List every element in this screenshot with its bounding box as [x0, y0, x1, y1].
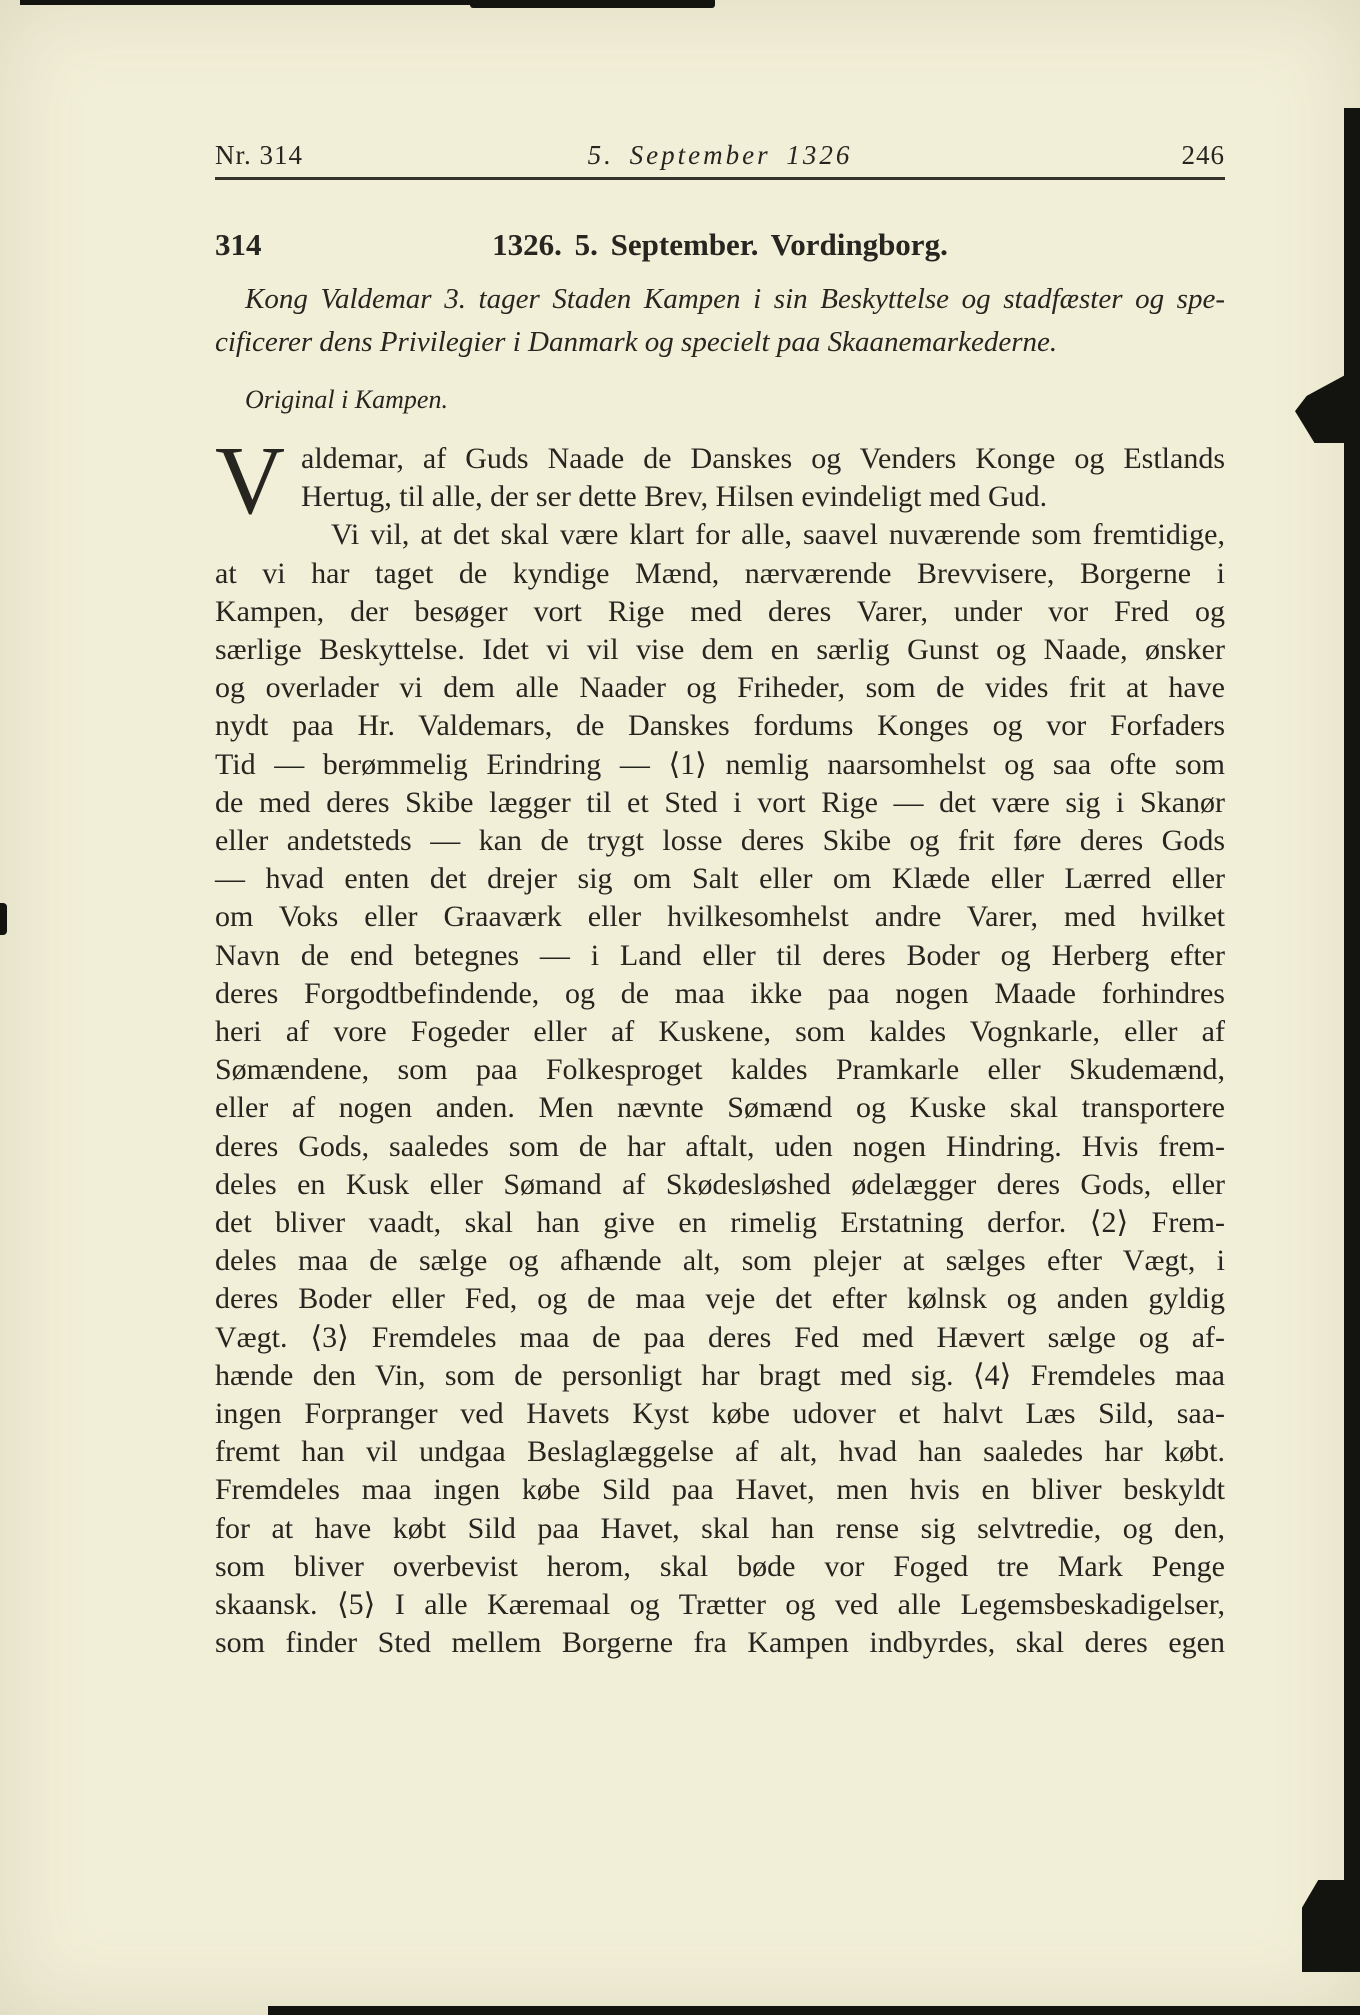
book-page: Nr. 314 5. September 1326 246 314 1326. …	[0, 0, 1360, 2015]
body-line: skaansk. ⟨5⟩ I alle Kæremaal og Trætter …	[215, 1586, 1225, 1624]
body-line: og overlader vi dem alle Naader og Frihe…	[215, 669, 1225, 707]
body-line: deles maa de sælge og afhænde alt, som p…	[215, 1242, 1225, 1280]
running-header: Nr. 314 5. September 1326 246	[215, 140, 1225, 171]
header-rule	[215, 177, 1225, 180]
body-line: fremt han vil undgaa Beslaglæggelse af a…	[215, 1433, 1225, 1471]
entry-heading: 314 1326. 5. September. Vordingborg.	[215, 227, 1225, 263]
header-date: 5. September 1326	[215, 140, 1225, 171]
entry-number: 314	[215, 227, 262, 263]
body-line: Sømændene, som paa Folkesproget kaldes P…	[215, 1051, 1225, 1089]
body-line: eller andetsteds — kan de trygt losse de…	[215, 822, 1225, 860]
body-line: eller af nogen anden. Men nævnte Sømænd …	[215, 1089, 1225, 1127]
body-line: Kampen, der besøger vort Rige med deres …	[215, 593, 1225, 631]
drop-cap-initial: V	[215, 442, 301, 520]
body-line: — hvad enten det drejer sig om Salt elle…	[215, 860, 1225, 898]
scan-artifact-left-mark	[0, 903, 7, 935]
body-line: nydt paa Hr. Valdemars, de Danskes fordu…	[215, 707, 1225, 745]
body-line: at vi har taget de kyndige Mænd, nærvære…	[215, 555, 1225, 593]
body-line: som bliver overbevist herom, skal bøde v…	[215, 1548, 1225, 1586]
body-line: Fremdeles maa ingen købe Sild paa Havet,…	[215, 1471, 1225, 1509]
body-text: V aldemar, af Guds Naade de Danskes og V…	[215, 440, 1225, 1663]
body-line: Vægt. ⟨3⟩ Fremdeles maa de paa deres Fed…	[215, 1319, 1225, 1357]
body-line: de med deres Skibe lægger til et Sted i …	[215, 784, 1225, 822]
summary-line: cificerer dens Privilegier i Danmark og …	[215, 321, 1225, 364]
body-line: aldemar, af Guds Naade de Danskes og Ven…	[215, 440, 1225, 478]
entry-summary: Kong Valdemar 3. tager Staden Kampen i s…	[215, 278, 1225, 364]
body-line: Hertug, til alle, der ser dette Brev, Hi…	[215, 478, 1225, 516]
body-line: Navn de end betegnes — i Land eller til …	[215, 937, 1225, 975]
body-line: deles en Kusk eller Sømand af Skødesløsh…	[215, 1166, 1225, 1204]
body-line: ingen Forpranger ved Havets Kyst købe ud…	[215, 1395, 1225, 1433]
body-line: som finder Sted mellem Borgerne fra Kamp…	[215, 1624, 1225, 1662]
summary-line: Kong Valdemar 3. tager Staden Kampen i s…	[215, 278, 1225, 321]
body-line: deres Gods, saaledes som de har aftalt, …	[215, 1128, 1225, 1166]
scan-artifact-bottom-edge	[268, 2006, 1360, 2015]
body-line: for at have købt Sild paa Havet, skal ha…	[215, 1510, 1225, 1548]
body-line: det bliver vaadt, skal han give en rimel…	[215, 1204, 1225, 1242]
body-line: særlige Beskyttelse. Idet vi vil vise de…	[215, 631, 1225, 669]
source-note: Original i Kampen.	[215, 385, 1225, 415]
body-line: heri af vore Fogeder eller af Kuskene, s…	[215, 1013, 1225, 1051]
body-line: deres Boder eller Fed, og de maa veje de…	[215, 1280, 1225, 1318]
body-line: deres Forgodtbefindende, og de maa ikke …	[215, 975, 1225, 1013]
page-content: Nr. 314 5. September 1326 246 314 1326. …	[215, 0, 1225, 1663]
body-line: Vi vil, at det skal være klart for alle,…	[215, 516, 1225, 554]
scan-artifact-right-blob	[1295, 367, 1360, 443]
entry-title: 1326. 5. September. Vordingborg.	[492, 227, 948, 262]
body-line: om Voks eller Graaværk eller hvilkesomhe…	[215, 898, 1225, 936]
body-line: Tid — berømmelig Erindring — ⟨1⟩ nemlig …	[215, 746, 1225, 784]
scan-artifact-right-bottom	[1302, 1880, 1360, 1972]
body-line: hænde den Vin, som de personligt har bra…	[215, 1357, 1225, 1395]
